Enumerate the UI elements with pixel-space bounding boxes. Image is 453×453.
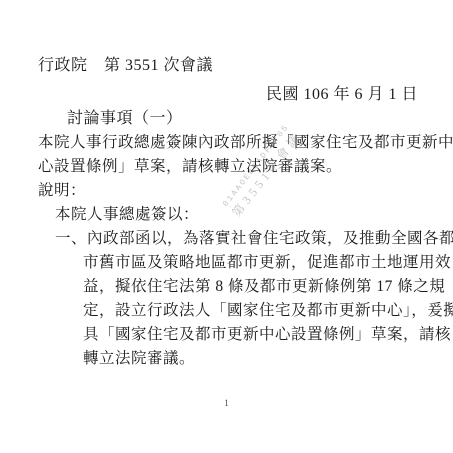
list-item-one-continuation-1: 市舊市區及策略地區都市更新，促進都市土地運用效 bbox=[83, 254, 451, 272]
meeting-date: 民國 106 年 6 月 1 日 bbox=[266, 86, 418, 104]
discussion-item-heading: 討論事項（一） bbox=[67, 110, 183, 128]
explanation-intro: 本院人事總處簽以： bbox=[55, 206, 199, 224]
page-number: 1 bbox=[0, 398, 453, 408]
scanned-document-page: 01AAOEBOADF0705 第3551次會議 行政院 第 3551 次會議 … bbox=[0, 0, 453, 453]
list-item-one-continuation-4: 具「國家住宅及都市更新中心設置條例」草案，請核 bbox=[83, 326, 451, 344]
meeting-title: 行政院 第 3551 次會議 bbox=[38, 57, 213, 75]
case-summary-line-2: 心設置條例」草案，請核轉立法院審議案。 bbox=[38, 158, 342, 176]
explanation-label: 說明： bbox=[38, 182, 86, 200]
list-item-one-marker: 一、 bbox=[55, 230, 87, 247]
list-item-one-first-line: 一、內政部函以，為落實社會住宅政策，及推動全國各都 bbox=[55, 230, 453, 248]
list-item-one-text: 內政部函以，為落實社會住宅政策，及推動全國各都 bbox=[87, 230, 453, 247]
case-summary-line-1: 本院人事行政總處簽陳內政部所擬「國家住宅及都市更新中 bbox=[38, 134, 453, 152]
list-item-one-continuation-3: 定，設立行政法人「國家住宅及都市更新中心」，爰擬 bbox=[83, 302, 453, 320]
list-item-one-continuation-5: 轉立法院審議。 bbox=[83, 350, 195, 368]
list-item-one-continuation-2: 益，擬依住宅法第 8 條及都市更新條例第 17 條之規 bbox=[83, 278, 445, 296]
